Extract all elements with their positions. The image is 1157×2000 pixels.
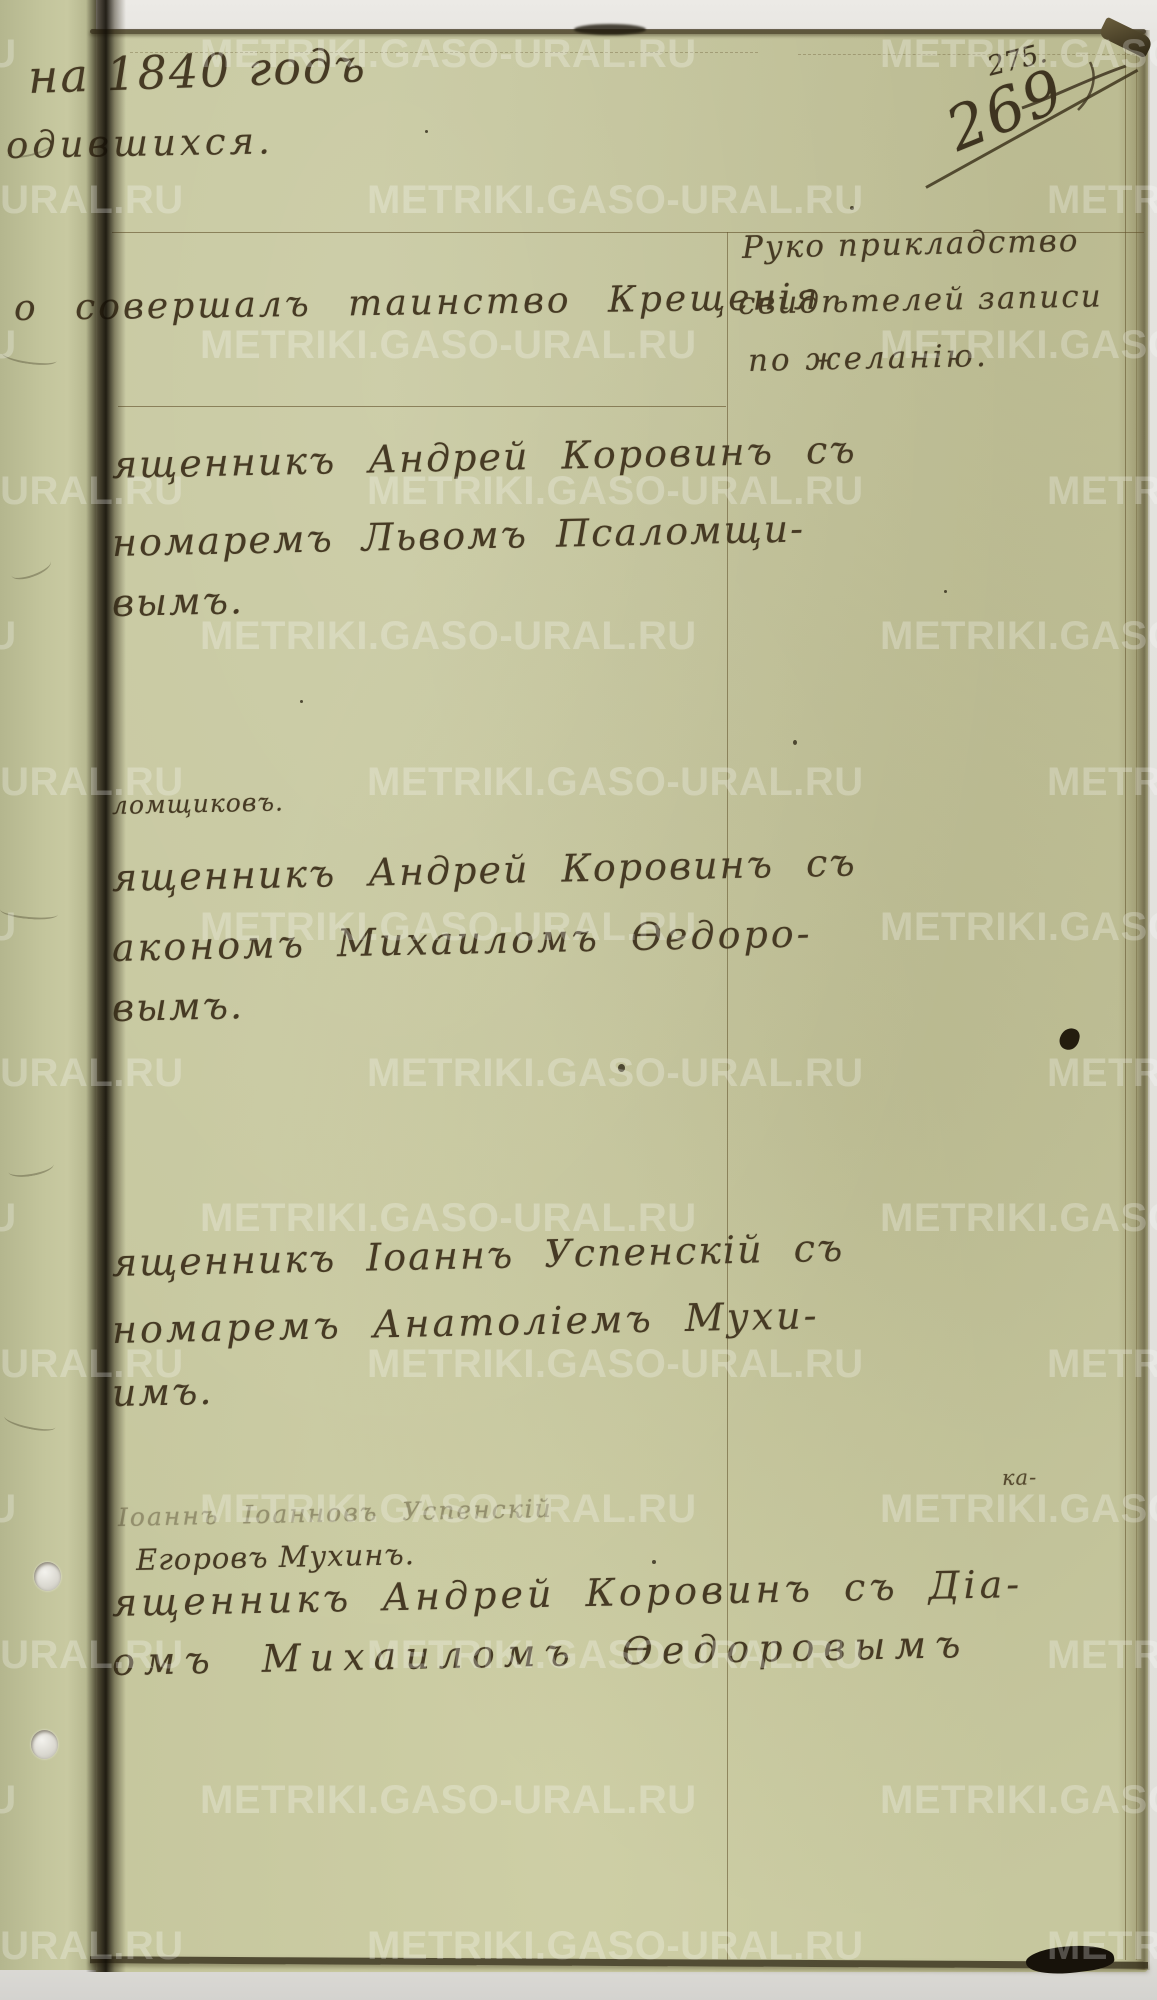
punch-hole [31, 1730, 58, 1759]
entry-4-ink-note: Егоровъ Мухинъ. [136, 1537, 416, 1577]
entry-1-line-3: вымъ. [112, 578, 245, 625]
column-header-witnesses-line1: Руко прикладство [742, 223, 1080, 266]
entry-2-marginal-note: ломщиковъ. [112, 787, 285, 820]
binding-gutter-shadow [86, 0, 126, 1972]
right-column-note: ка- [1002, 1465, 1038, 1490]
entry-2-line-3: вымъ. [112, 983, 245, 1030]
section-heading: одившихся. [6, 119, 275, 167]
column-header-witnesses-line3: по желанію. [748, 338, 989, 379]
ruled-line-top-right [798, 54, 1140, 55]
page-right-edge-shade [1118, 30, 1150, 1970]
header-row-bottom-line [118, 406, 726, 407]
ink-flourish-mark [1018, 60, 1133, 115]
faint-scribble [0, 902, 58, 921]
column-divider-line [727, 232, 728, 1960]
top-edge-smudge [574, 24, 646, 35]
punch-hole [34, 1562, 61, 1591]
faint-scribble [1, 346, 57, 368]
scanned-metric-book-page: на 1840 годъ одившихся. 275. 269 о совер… [0, 0, 1157, 2000]
right-margin-line-outer [1125, 34, 1126, 1960]
faint-scribble [8, 553, 53, 583]
right-margin-line-inner [1136, 34, 1137, 1960]
entry-3-line-3: имъ. [112, 1369, 214, 1415]
faint-scribble [7, 1156, 55, 1180]
faint-scribble [3, 1410, 57, 1435]
column-header-witnesses-line2: свидѣтелей записи [738, 278, 1103, 322]
